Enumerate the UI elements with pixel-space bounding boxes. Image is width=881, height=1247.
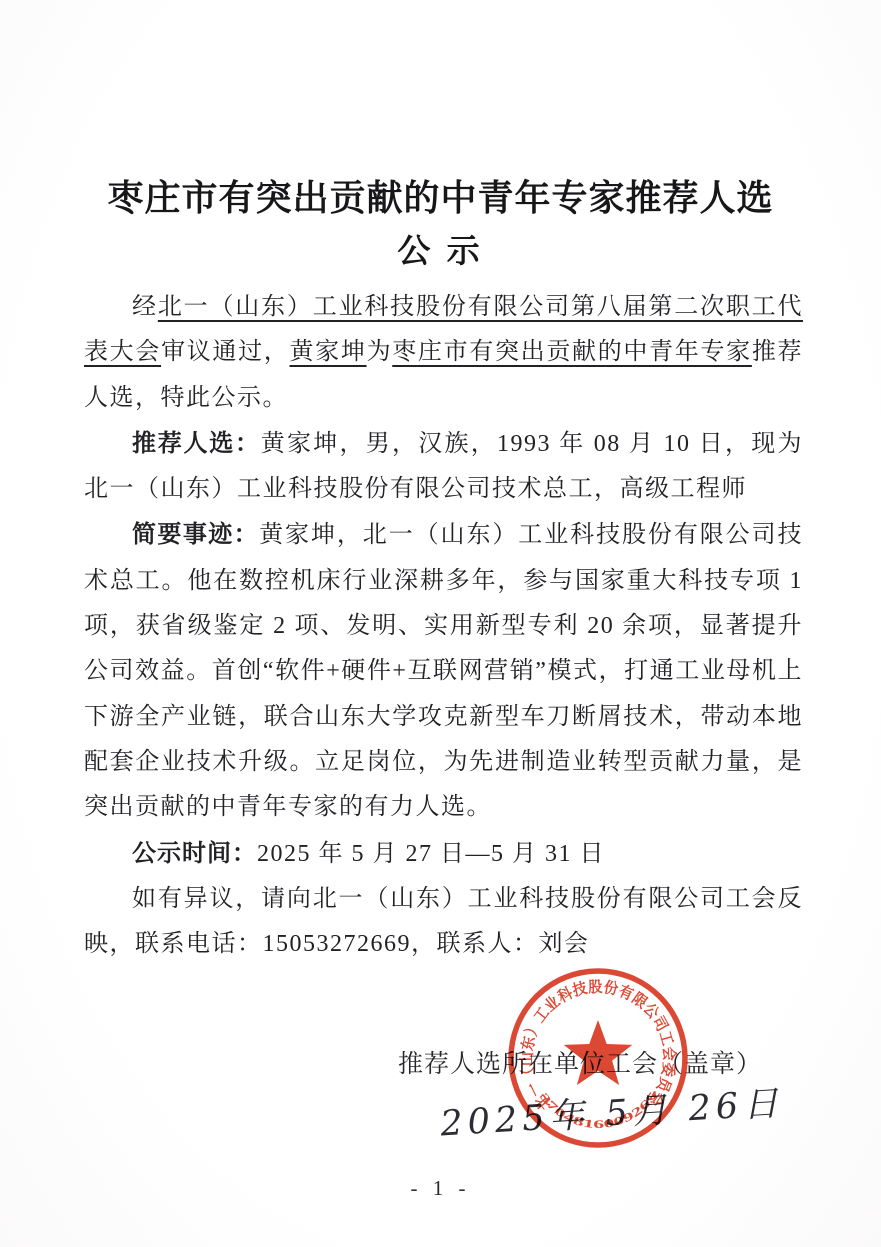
paragraph: 经北一（山东）工业科技股份有限公司第八届第二次职工代表大会审议通过，黄家坤为枣庄…: [84, 285, 803, 421]
handwritten-date: 2025年 5月 26日: [439, 1076, 785, 1147]
paragraph: 公示时间：2025 年 5 月 27 日—5 月 31 日: [84, 831, 803, 877]
paragraph: 简要事迹：黄家坤，北一（山东）工业科技股份有限公司技术总工。他在数控机床行业深耕…: [84, 512, 803, 830]
underlined-text: 枣庄市有突出贡献的中青年专家: [392, 339, 752, 365]
page-number: - 1 -: [0, 1176, 881, 1201]
text-run: 经: [132, 294, 158, 320]
paragraph: 推荐人选：黄家坤，男，汉族，1993 年 08 月 10 日，现为北一（山东）工…: [84, 421, 803, 513]
text-run: 2025 年 5 月 27 日—5 月 31 日: [257, 841, 605, 867]
bold-label: 简要事迹：: [132, 521, 259, 548]
text-run: 为: [367, 339, 393, 365]
underlined-text: 黄家坤: [290, 339, 367, 365]
document-subtitle: 公 示: [0, 225, 881, 272]
bold-label: 公示时间：: [132, 840, 257, 867]
text-run: 黄家坤，北一（山东）工业科技股份有限公司技术总工。他在数控机床行业深耕多年，参与…: [84, 522, 803, 820]
text-run: 如有异议，请向北一（山东）工业科技股份有限公司工会反映，联系电话：1505327…: [84, 886, 803, 957]
bold-label: 推荐人选：: [132, 430, 261, 457]
signature-unit-line: 推荐人选所在单位工会（盖章）: [398, 1044, 762, 1080]
document-title: 枣庄市有突出贡献的中青年专家推荐人选: [0, 170, 881, 221]
body-paragraphs: 经北一（山东）工业科技股份有限公司第八届第二次职工代表大会审议通过，黄家坤为枣庄…: [84, 285, 803, 967]
paragraph: 如有异议，请向北一（山东）工业科技股份有限公司工会反映，联系电话：1505327…: [84, 877, 803, 968]
text-run: 审议通过，: [161, 339, 289, 365]
document-page: 枣庄市有突出贡献的中青年专家推荐人选 公 示 经北一（山东）工业科技股份有限公司…: [0, 0, 881, 1247]
